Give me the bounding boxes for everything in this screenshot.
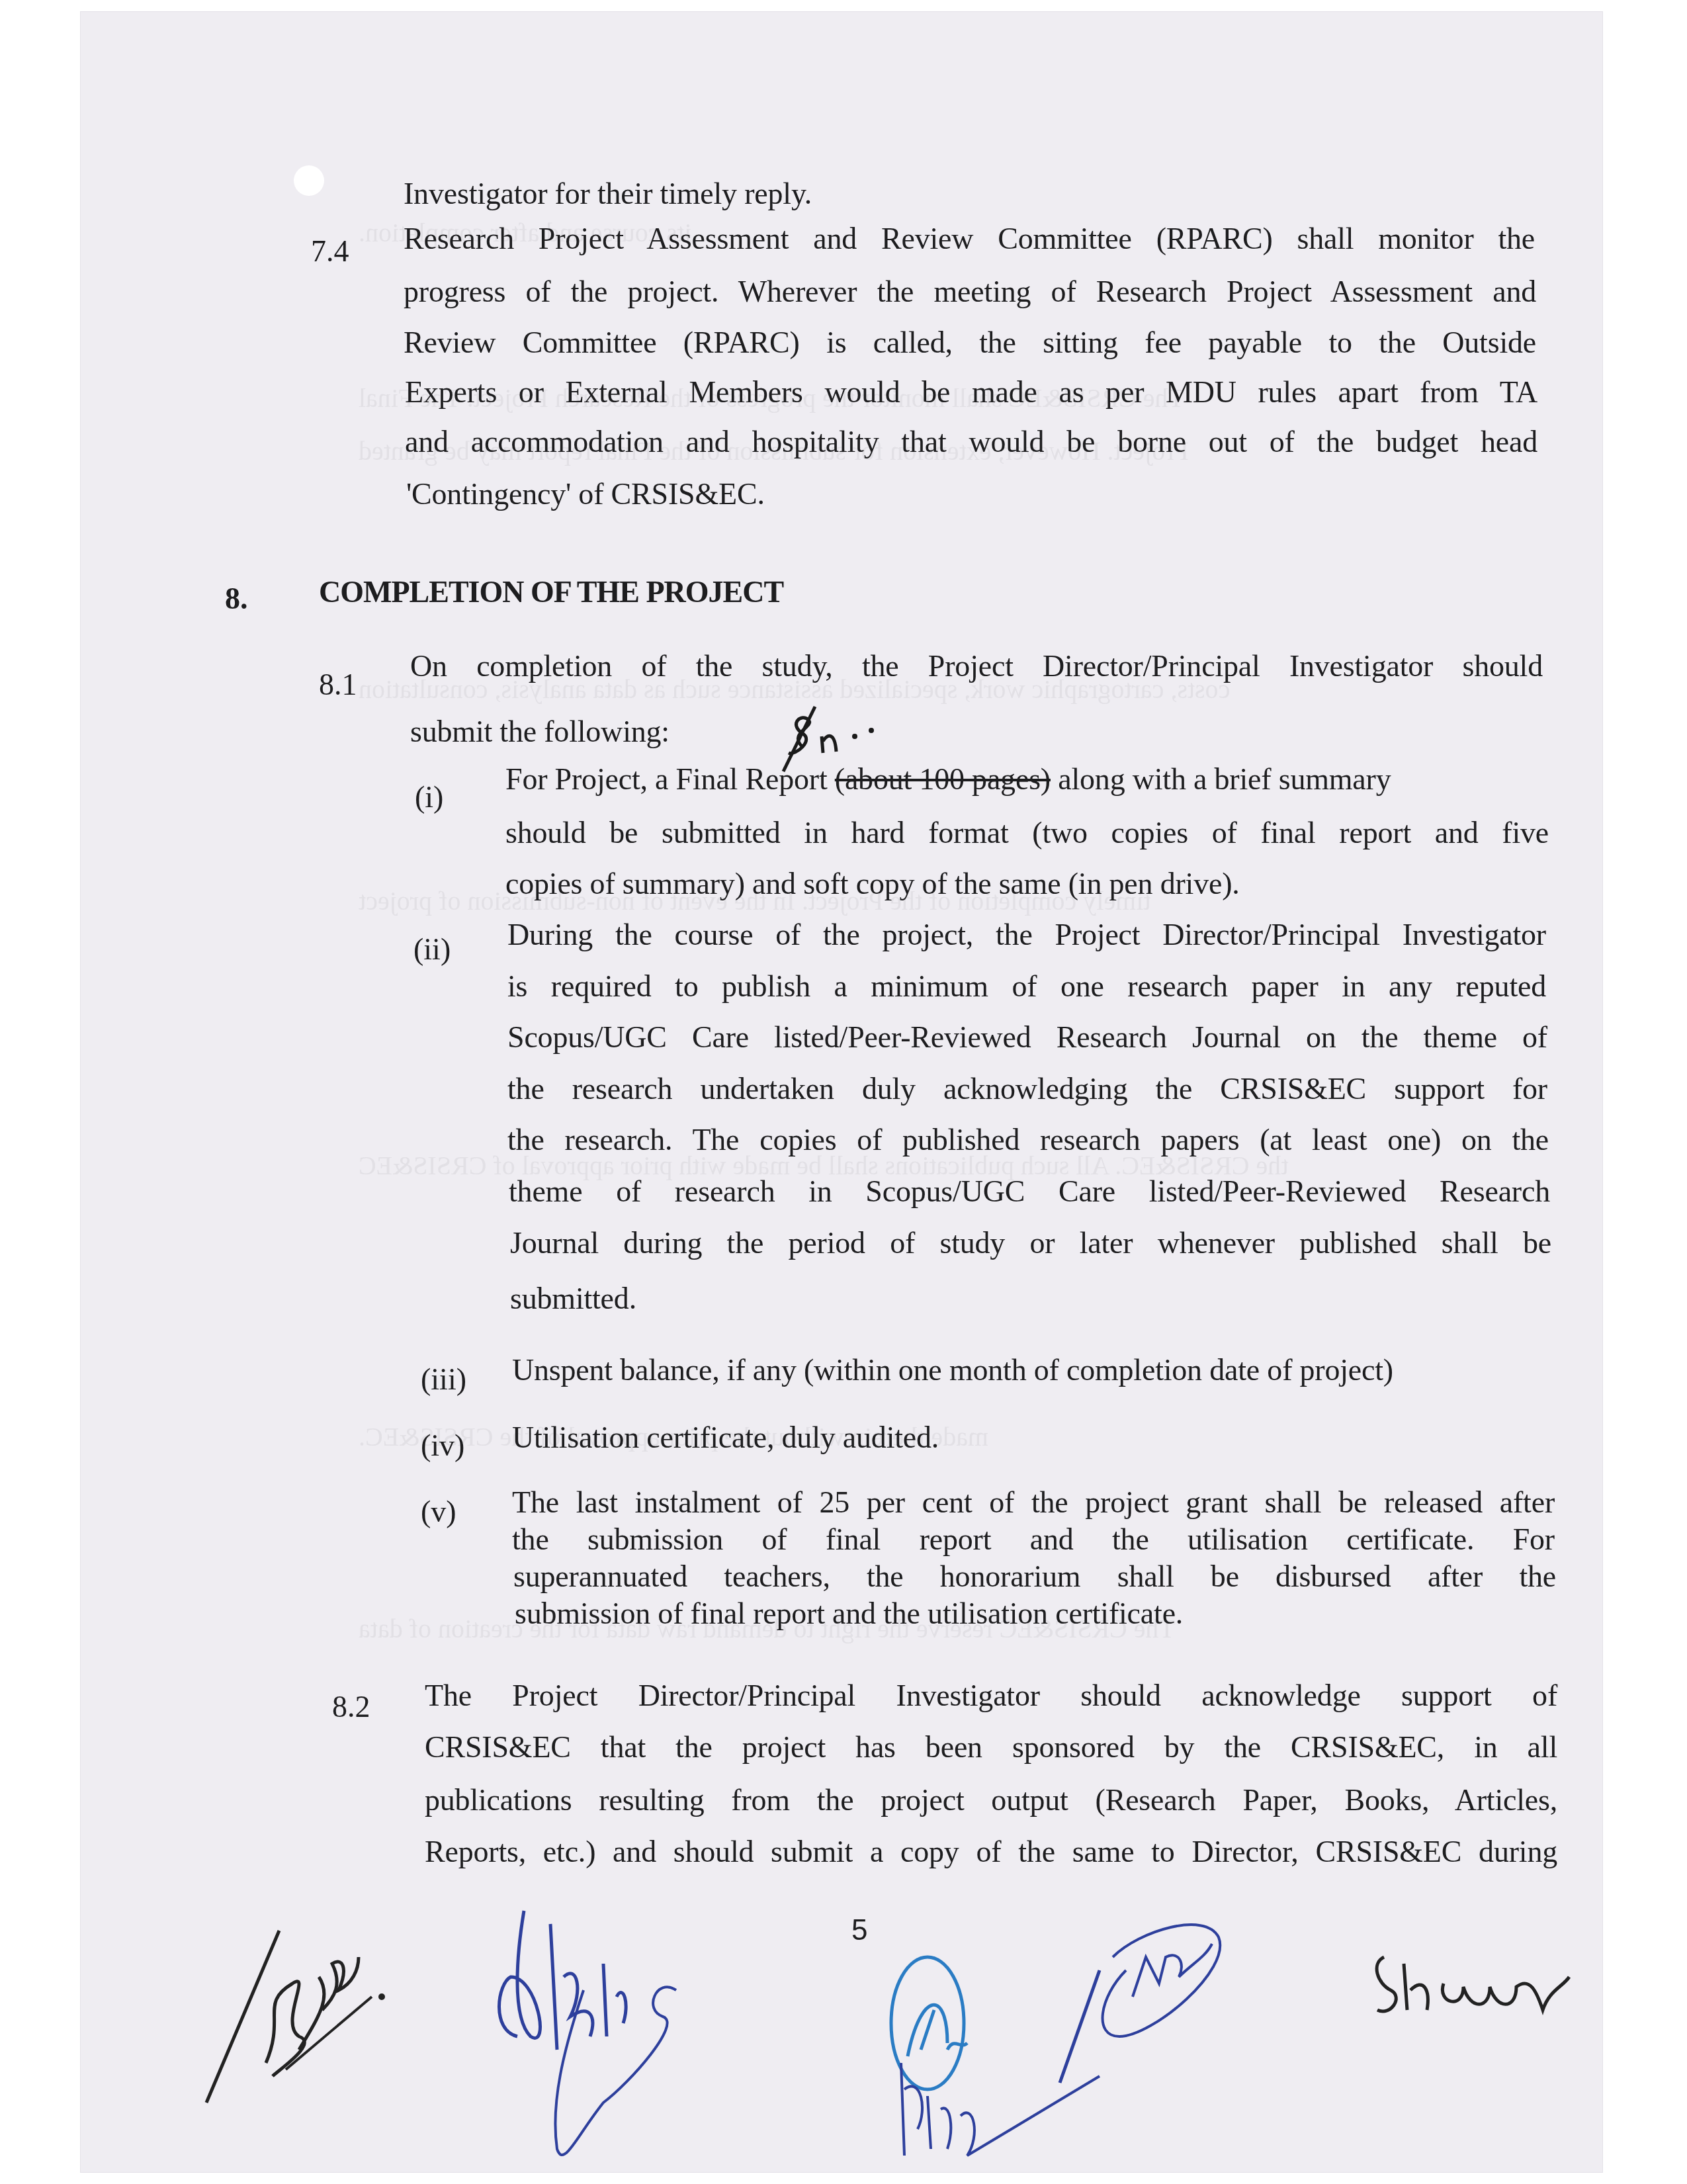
- clause-line: Review Committee (RPARC) is called, the …: [404, 328, 1536, 358]
- item-line: Journal during the period of study or la…: [510, 1228, 1551, 1258]
- clause-number-8-2: 8.2: [332, 1689, 370, 1724]
- item-marker: (v): [421, 1494, 456, 1529]
- clause-line: Research Project Assessment and Review C…: [404, 224, 1535, 254]
- clause-line: CRSIS&EC that the project has been spons…: [425, 1732, 1557, 1763]
- scanned-page: its course and after completion. The CRS…: [81, 12, 1602, 2172]
- item-line: should be submitted in hard format (two …: [505, 818, 1549, 848]
- clause-line: submit the following:: [410, 717, 670, 747]
- item-line: The last instalment of 25 per cent of th…: [512, 1487, 1555, 1518]
- carryover-line: Investigator for their timely reply.: [404, 179, 812, 209]
- signature-2-icon: [471, 1884, 709, 2175]
- clause-line: progress of the project. Wherever the me…: [404, 277, 1536, 307]
- clause-line: On completion of the study, the Project …: [410, 651, 1543, 681]
- item-text: along with a brief summary: [1051, 764, 1391, 795]
- item-line: superannuated teachers, the honorarium s…: [513, 1561, 1556, 1592]
- clause-line: Reports, etc.) and should submit a copy …: [425, 1837, 1557, 1867]
- item-i-first-line: For Project, a Final Report (about 100 p…: [505, 764, 1547, 795]
- clause-line: publications resulting from the project …: [425, 1785, 1557, 1815]
- item-line: During the course of the project, the Pr…: [507, 920, 1546, 950]
- signature-5-icon: [888, 2050, 1113, 2182]
- item-line: the research. The copies of published re…: [507, 1125, 1549, 1155]
- item-line: Utilisation certificate, duly audited.: [512, 1422, 939, 1453]
- clause-number-8-1: 8.1: [319, 667, 357, 702]
- item-line: Unspent balance, if any (within one mont…: [512, 1355, 1393, 1385]
- item-line: copies of summary) and soft copy of the …: [505, 869, 1240, 899]
- clause-number-7-4: 7.4: [311, 234, 349, 269]
- item-line: the submission of final report and the u…: [512, 1524, 1555, 1555]
- item-marker: (i): [415, 779, 443, 814]
- section-number-8: 8.: [225, 581, 248, 616]
- item-line: theme of research in Scopus/UGC Care lis…: [509, 1176, 1550, 1207]
- item-marker: (ii): [413, 932, 451, 967]
- item-line: Scopus/UGC Care listed/Peer-Reviewed Res…: [507, 1022, 1547, 1053]
- clause-line: and accommodation and hospitality that w…: [405, 427, 1537, 457]
- clause-line: 'Contingency' of CRSIS&EC.: [406, 479, 765, 509]
- section-heading: COMPLETION OF THE PROJECT: [319, 574, 783, 609]
- item-line: is required to publish a minimum of one …: [507, 971, 1546, 1002]
- signature-6-icon: [1364, 1950, 1582, 2023]
- handwritten-annotation-icon: [775, 700, 908, 779]
- item-marker: (iii): [421, 1362, 466, 1397]
- item-marker: (iv): [421, 1428, 464, 1463]
- signature-1-icon: [200, 1904, 451, 2122]
- item-line: submission of final report and the utili…: [515, 1598, 1183, 1629]
- item-line: submitted.: [510, 1284, 636, 1314]
- item-line: the research undertaken duly acknowledgi…: [507, 1074, 1547, 1104]
- clause-line: Experts or External Members would be mad…: [405, 377, 1537, 408]
- punch-hole: [294, 165, 324, 196]
- clause-line: The Project Director/Principal Investiga…: [425, 1681, 1557, 1711]
- page-number: 5: [851, 1914, 867, 1947]
